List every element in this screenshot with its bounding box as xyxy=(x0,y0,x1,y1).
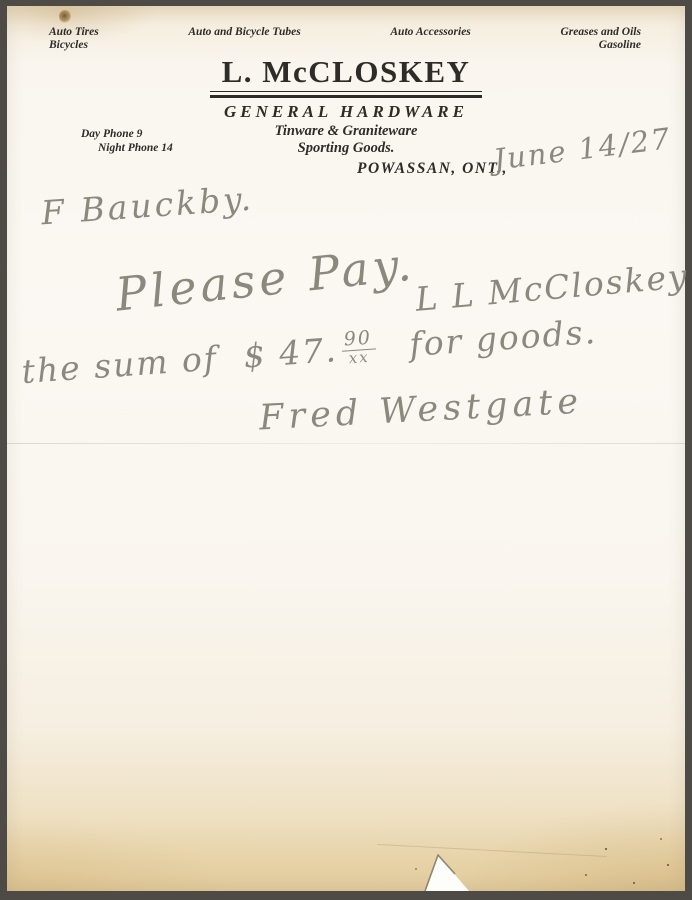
company-name: L. McCLOSKEY xyxy=(7,54,685,90)
services-left: Auto Tires Bicycles xyxy=(49,26,99,52)
night-phone: Night Phone 14 xyxy=(98,142,173,156)
handwritten-order-text: Please Pay. xyxy=(113,236,418,321)
phone-block: Day Phone 9 Night Phone 14 xyxy=(81,128,173,156)
company-tagline: GENERAL HARDWARE xyxy=(7,102,685,122)
paper-specks xyxy=(605,848,607,850)
fold-crease xyxy=(7,443,685,444)
services-right: Auto Accessories xyxy=(390,26,470,52)
amount-prefix: the sum of xyxy=(20,338,219,391)
amount-cents-fraction: 90 xx xyxy=(340,329,377,368)
torn-paper-chip xyxy=(421,852,477,891)
scanned-receipt-page: Auto Tires Bicycles Auto and Bicycle Tub… xyxy=(0,0,692,900)
letterhead-services-row: Auto Tires Bicycles Auto and Bicycle Tub… xyxy=(49,26,641,52)
bottom-crease xyxy=(377,844,607,857)
handwritten-signature: Fred Westgate xyxy=(258,382,584,439)
amount-suffix: for goods. xyxy=(408,312,598,364)
amount-fraction-denominator: xx xyxy=(348,350,370,367)
handwritten-addressee: F Bauckby. xyxy=(40,179,255,233)
handwritten-amount-line: the sum of $ 47. 90 xx for goods. xyxy=(20,312,598,391)
place-line: POWASSAN, ONT., xyxy=(357,160,508,178)
services-mid: Auto and Bicycle Tubes xyxy=(188,26,300,52)
day-phone: Day Phone 9 xyxy=(81,128,173,142)
service-label: Bicycles xyxy=(49,39,99,52)
amount-dollars: $ 47. xyxy=(242,330,338,375)
services-far-right: Greases and Oils Gasoline xyxy=(560,26,641,52)
ink-stain xyxy=(59,10,71,23)
masthead-rule xyxy=(210,91,482,98)
paper-sheet: Auto Tires Bicycles Auto and Bicycle Tub… xyxy=(7,6,685,891)
service-label: Auto Tires xyxy=(49,26,99,39)
service-label: Gasoline xyxy=(560,39,641,52)
handwritten-payee: L L McCloskey xyxy=(414,256,690,319)
service-label: Greases and Oils xyxy=(560,26,641,39)
